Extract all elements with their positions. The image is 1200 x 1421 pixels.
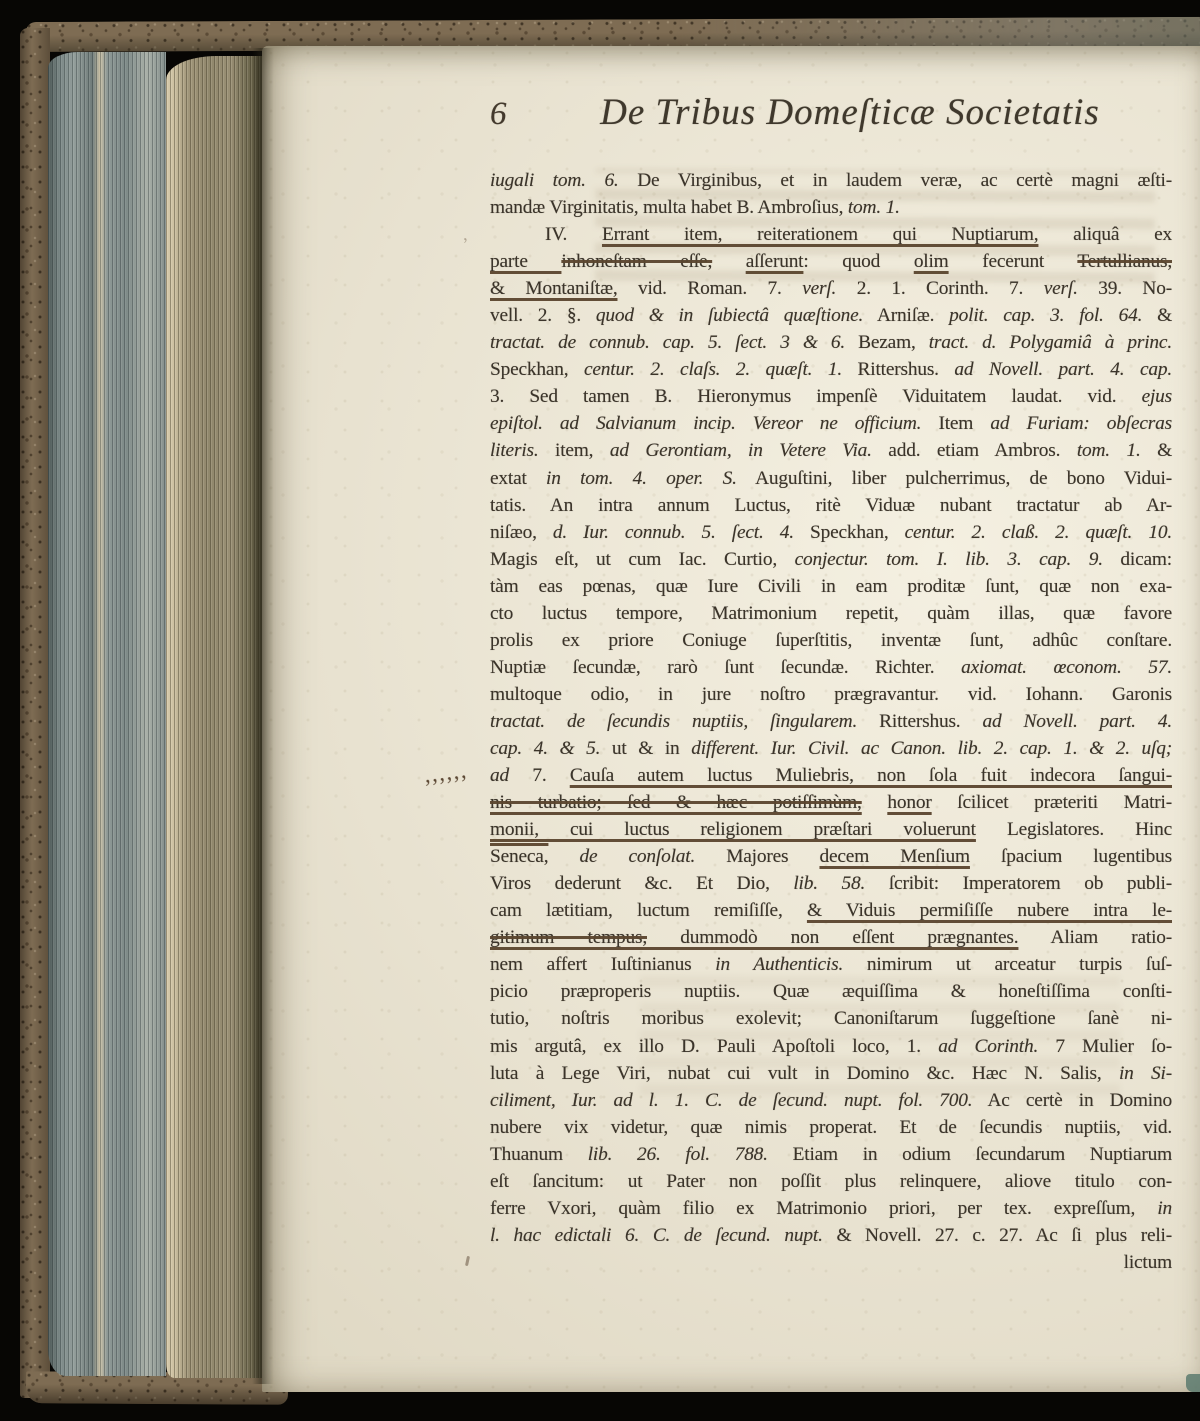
printed-text: Speckhan, xyxy=(794,522,905,543)
printed-text: Ac certè in Domino xyxy=(972,1090,1172,1111)
text-line: & Montaniſtæ, vid. Roman. 7. verſ. 2. 1.… xyxy=(490,275,1172,302)
printed-text: picio præproperis nuptiis. Quæ æquiſſima… xyxy=(490,981,1172,1002)
printed-text: 7 Mulier ſo- xyxy=(1038,1036,1172,1057)
running-title: De Tribus Domeſticæ Societatis xyxy=(520,92,1180,135)
printed-text: Aliam ratio- xyxy=(1018,927,1172,948)
hand-underlined-text: Errant item, reiterationem qui Nuptiarum… xyxy=(602,224,1038,245)
printed-text: 3. Sed tamen B. Hieronymus impenſè Vidui… xyxy=(490,386,1142,407)
printed-text: mis argutâ, ex illo D. Pauli Apoſtoli lo… xyxy=(490,1036,938,1057)
hand-underlined-text: & Viduis permiſiſſe nubere intra le- xyxy=(807,900,1172,921)
hand-underlined-text: monii, cui luctus religionem præſtari vo… xyxy=(490,819,976,840)
text-line: Viros dederunt &c. Et Dio, lib. 58. ſcri… xyxy=(490,870,1172,897)
printed-text: ſpacium lugentibus xyxy=(970,846,1172,867)
text-line: vell. 2. §. quod & in ſubiectâ quæſtione… xyxy=(490,302,1172,329)
fore-edge-pages-outer xyxy=(48,52,166,1376)
printed-text: ut & in xyxy=(600,738,691,759)
printed-text: tàm eas pœnas, quæ Iure Civili in eam pr… xyxy=(490,576,1172,597)
printed-text: fecerunt xyxy=(949,251,1078,272)
text-line: nubere vix videtur, quæ nimis properat. … xyxy=(490,1114,1172,1141)
printed-text-italic: ad Furiam: obſecras xyxy=(990,413,1172,434)
book-photo: 6 De Tribus Domeſticæ Societatis iugali … xyxy=(0,0,1200,1421)
page-corner-sliver xyxy=(1186,1374,1200,1392)
printed-text-italic: in xyxy=(1157,1198,1172,1219)
hand-underlined-text: aſſerunt xyxy=(746,251,804,272)
printed-text: vid. Roman. 7. xyxy=(617,278,802,299)
text-line: prolis ex priore Coniuge ſuperſtitis, in… xyxy=(490,627,1172,654)
printed-text: : quod xyxy=(803,251,913,272)
hand-struck-text: gitimum tempus, xyxy=(490,927,647,948)
hand-underlined-text: parte xyxy=(490,251,561,272)
text-block: iugali tom. 6. De Virginibus, et in laud… xyxy=(490,167,1172,1276)
text-line: iugali tom. 6. De Virginibus, et in laud… xyxy=(490,167,1172,194)
printed-text: Arniſæ. xyxy=(863,305,949,326)
printed-text-italic: conjectur. tom. I. lib. 3. cap. 9. xyxy=(795,549,1103,570)
text-line: monii, cui luctus religionem præſtari vo… xyxy=(490,816,1172,843)
printed-text-italic: ejus xyxy=(1142,386,1172,407)
printed-text-italic: ad xyxy=(490,765,509,786)
printed-text-italic: ad Corinth. xyxy=(938,1036,1038,1057)
printed-text: Speckhan, xyxy=(490,359,584,380)
text-line: multoque odio, in jure noſtro prægravant… xyxy=(490,681,1172,708)
printed-text-italic: tractat. de connub. cap. 5. ſect. 3 & 6. xyxy=(490,332,845,353)
printed-text-italic: ad Gerontiam, in Vetere Via. xyxy=(610,440,872,461)
printed-text: add. etiam Ambros. xyxy=(872,440,1077,461)
printed-text: 7. xyxy=(509,765,570,786)
printed-text: Majores xyxy=(695,846,819,867)
text-line: cto luctus tempore, Matrimonium repetit,… xyxy=(490,600,1172,627)
printed-text-italic: centur. 2. claſs. 2. quæſt. 1. xyxy=(584,359,842,380)
printed-text: tatis. An intra annum Luctus, ritè Viduæ… xyxy=(490,495,1172,516)
text-line: Nuptiæ ſecundæ, rarò ſunt ſecundæ. Richt… xyxy=(490,654,1172,681)
printed-text-italic: d. Iur. connub. 5. ſect. 4. xyxy=(553,522,794,543)
gutter-shadow xyxy=(252,48,274,1384)
text-line: tractat. de connub. cap. 5. ſect. 3 & 6.… xyxy=(490,329,1172,356)
printed-text-italic: verſ. xyxy=(1044,278,1078,299)
printed-text: De Virginibus, et in laudem veræ, ac cer… xyxy=(619,170,1172,191)
printed-text-italic: ad Novell. part. 4. xyxy=(983,711,1173,732)
printed-text-italic: axiomat. œconom. 57. xyxy=(961,657,1172,678)
printed-text-italic: tract. d. Polygamiâ à princ. xyxy=(929,332,1172,353)
printed-text: ſcilicet præteriti Matri- xyxy=(932,792,1172,813)
printed-text: Bezam, xyxy=(845,332,929,353)
printed-text: vell. 2. §. xyxy=(490,305,596,326)
margin-annotation-marks: ,,,,,, xyxy=(423,758,469,786)
text-line: luta à Lege Viri, nubat cui vult in Domi… xyxy=(490,1060,1172,1087)
text-line: ferre Vxori, quàm filio ex Matrimonio pr… xyxy=(490,1195,1172,1222)
printed-text: & xyxy=(1141,440,1172,461)
text-line: picio præproperis nuptiis. Quæ æquiſſima… xyxy=(490,978,1172,1005)
printed-text: aliquâ ex xyxy=(1038,224,1172,245)
printed-text: Legislatores. Hinc xyxy=(976,819,1172,840)
printed-text-italic: in Authenticis. xyxy=(715,954,843,975)
text-line: nis turbatio; ſed & hæc potiſſimùm, hono… xyxy=(490,789,1172,816)
text-line: tàm eas pœnas, quæ Iure Civili in eam pr… xyxy=(490,573,1172,600)
printed-text: multoque odio, in jure noſtro prægravant… xyxy=(490,684,1172,705)
text-line: cam lætitiam, luctum remiſiſſe, & Viduis… xyxy=(490,897,1172,924)
text-line: eſt ſancitum: ut Pater non poſſit plus r… xyxy=(490,1168,1172,1195)
text-line: gitimum tempus, dummodò non eſſent prægn… xyxy=(490,924,1172,951)
printed-text: IV. xyxy=(545,224,602,245)
hand-struck-text: inhoneſtam eſſe, xyxy=(561,251,712,272)
text-line: epiſtol. ad Salvianum incip. Vereor ne o… xyxy=(490,410,1172,437)
printed-text: nem affert Iuſtinianus xyxy=(490,954,715,975)
printed-text: cto luctus tempore, Matrimonium repetit,… xyxy=(490,603,1172,624)
printed-text: Nuptiæ ſecundæ, rarò ſunt ſecundæ. Richt… xyxy=(490,657,961,678)
printed-text xyxy=(712,251,746,272)
hand-underlined-text: decem Menſium xyxy=(819,846,969,867)
printed-text: cam lætitiam, luctum remiſiſſe, xyxy=(490,900,807,921)
printed-text xyxy=(548,846,579,867)
text-line: cap. 4. & 5. ut & in different. Iur. Civ… xyxy=(490,735,1172,762)
text-line: ad 7. Cauſa autem luctus Muliebris, non … xyxy=(490,762,1172,789)
printed-text: luta à Lege Viri, nubat cui vult in Domi… xyxy=(490,1063,1119,1084)
printed-text: Magis eſt, ut cum Iac. Curtio, xyxy=(490,549,795,570)
printed-text-italic: tractat. de ſecundis nuptiis, ſingularem… xyxy=(490,711,857,732)
printed-text-italic: different. Iur. Civil. ac Canon. lib. 2.… xyxy=(691,738,1172,759)
printed-text: item, xyxy=(539,440,610,461)
text-line: Magis eſt, ut cum Iac. Curtio, conjectur… xyxy=(490,546,1172,573)
hand-struck-text: nis turbatio; ſed & hæc potiſſimùm, xyxy=(490,792,862,813)
page-number: 6 xyxy=(490,98,507,131)
text-line: parte inhoneſtam eſſe, aſſerunt: quod ol… xyxy=(490,248,1172,275)
printed-text-italic: lib. 26. fol. 788. xyxy=(588,1144,768,1165)
printed-text-italic: in Si- xyxy=(1119,1063,1172,1084)
printed-text: extat xyxy=(490,468,546,489)
hand-underlined-text: & Montaniſtæ, xyxy=(490,278,617,299)
catchword-line: lictum xyxy=(490,1249,1172,1276)
hand-underlined-text: Cauſa autem luctus Muliebris, non ſola f… xyxy=(570,765,1172,786)
printed-text: dicam: xyxy=(1103,549,1172,570)
printed-text-italic: l. hac edictali 6. C. de ſecund. nupt. xyxy=(490,1225,823,1246)
hand-underlined-text: olim xyxy=(914,251,949,272)
printed-text-italic: lib. 58. xyxy=(793,873,865,894)
printed-text-italic: tom. 1. xyxy=(1077,440,1141,461)
printed-text: Viros dederunt &c. Et Dio, xyxy=(490,873,793,894)
fore-edge-pages-inner xyxy=(166,56,264,1378)
book-cover-left-edge xyxy=(20,28,50,1398)
hand-underlined-text: honor xyxy=(887,792,931,813)
printed-text-italic: verſ. xyxy=(802,278,836,299)
printed-text: lictum xyxy=(1124,1252,1172,1273)
printed-text-italic: literis. xyxy=(490,440,539,461)
printed-text: niſæo, xyxy=(490,522,553,543)
printed-text: Rittershus. xyxy=(857,711,982,732)
text-line: mandæ Virginitatis, multa habet B. Ambro… xyxy=(490,194,1172,221)
text-line: l. hac edictali 6. C. de ſecund. nupt. &… xyxy=(490,1222,1172,1249)
printed-text: 39. No- xyxy=(1078,278,1172,299)
printed-text: 2. 1. Corinth. 7. xyxy=(836,278,1044,299)
text-line: Thuanum lib. 26. fol. 788. Etiam in odiu… xyxy=(490,1141,1172,1168)
hand-struck-text: Tertullianus, xyxy=(1077,251,1172,272)
printed-text-italic: ciliment, Iur. ad l. 1. C. de ſecund. nu… xyxy=(490,1090,972,1111)
text-line: extat in tom. 4. oper. S. Auguſtini, lib… xyxy=(490,465,1172,492)
printed-text: Thuanum xyxy=(490,1144,588,1165)
text-line: Speckhan, centur. 2. claſs. 2. quæſt. 1.… xyxy=(490,356,1172,383)
printed-text: eſt ſancitum: ut Pater non poſſit plus r… xyxy=(490,1171,1172,1192)
text-line: tatis. An intra annum Luctus, ritè Viduæ… xyxy=(490,492,1172,519)
text-line: 3. Sed tamen B. Hieronymus impenſè Vidui… xyxy=(490,383,1172,410)
printed-text-italic: quod & in ſubiectâ quæſtione. xyxy=(596,305,863,326)
text-line: niſæo, d. Iur. connub. 5. ſect. 4. Speck… xyxy=(490,519,1172,546)
printed-text: Rittershus. xyxy=(842,359,954,380)
printed-text: Etiam in odium ſecundarum Nuptiarum xyxy=(768,1144,1172,1165)
text-line: ciliment, Iur. ad l. 1. C. de ſecund. nu… xyxy=(490,1087,1172,1114)
text-line: nem affert Iuſtinianus in Authenticis. n… xyxy=(490,951,1172,978)
printed-text: prolis ex priore Coniuge ſuperſtitis, in… xyxy=(490,630,1172,651)
printed-text-italic: cap. 4. & 5. xyxy=(490,738,600,759)
printed-text: mandæ Virginitatis, multa habet B. Ambro… xyxy=(490,197,848,218)
printed-text: & Novell. 27. c. 27. Ac ſi plus reli- xyxy=(823,1225,1172,1246)
printed-text: tutio, noſtris moribus exolevit; Canoniſ… xyxy=(490,1008,1172,1029)
text-line: Seneca, de conſolat. Majores decem Menſi… xyxy=(490,843,1172,870)
printed-text: nubere vix videtur, quæ nimis properat. … xyxy=(490,1117,1172,1138)
printed-text-italic: de conſolat. xyxy=(579,846,695,867)
text-line: IV. Errant item, reiterationem qui Nupti… xyxy=(490,221,1172,248)
printed-text: ſcribit: Imperatorem ob publi- xyxy=(865,873,1172,894)
hand-underlined-text: dummodò non eſſent prægnantes. xyxy=(647,927,1018,948)
printed-text: Auguſtini, liber pulcherrimus, de bono V… xyxy=(737,468,1172,489)
text-line: tutio, noſtris moribus exolevit; Canoniſ… xyxy=(490,1005,1172,1032)
hand-overlined-text: Seneca, xyxy=(490,846,548,867)
printed-text-italic: epiſtol. ad Salvianum incip. Vereor ne o… xyxy=(490,413,921,434)
text-line: mis argutâ, ex illo D. Pauli Apoſtoli lo… xyxy=(490,1033,1172,1060)
printed-text: nimirum ut arceatur turpis ſuſ- xyxy=(843,954,1172,975)
printed-text: & xyxy=(1142,305,1172,326)
printed-text-italic: tom. 1. xyxy=(848,197,900,218)
printed-text-italic: polit. cap. 3. fol. 64. xyxy=(949,305,1142,326)
text-line: tractat. de ſecundis nuptiis, ſingularem… xyxy=(490,708,1172,735)
printed-text-italic: centur. 2. claß. 2. quæſt. 10. xyxy=(905,522,1172,543)
printed-text-italic: in tom. 4. oper. S. xyxy=(546,468,737,489)
printed-text: Item xyxy=(921,413,990,434)
printed-text-italic: ad Novell. part. 4. cap. xyxy=(954,359,1172,380)
printed-text: ferre Vxori, quàm filio ex Matrimonio pr… xyxy=(490,1198,1157,1219)
printed-text-italic: iugali tom. 6. xyxy=(490,170,619,191)
printed-text xyxy=(862,792,888,813)
text-line: literis. item, ad Gerontiam, in Vetere V… xyxy=(490,437,1172,464)
